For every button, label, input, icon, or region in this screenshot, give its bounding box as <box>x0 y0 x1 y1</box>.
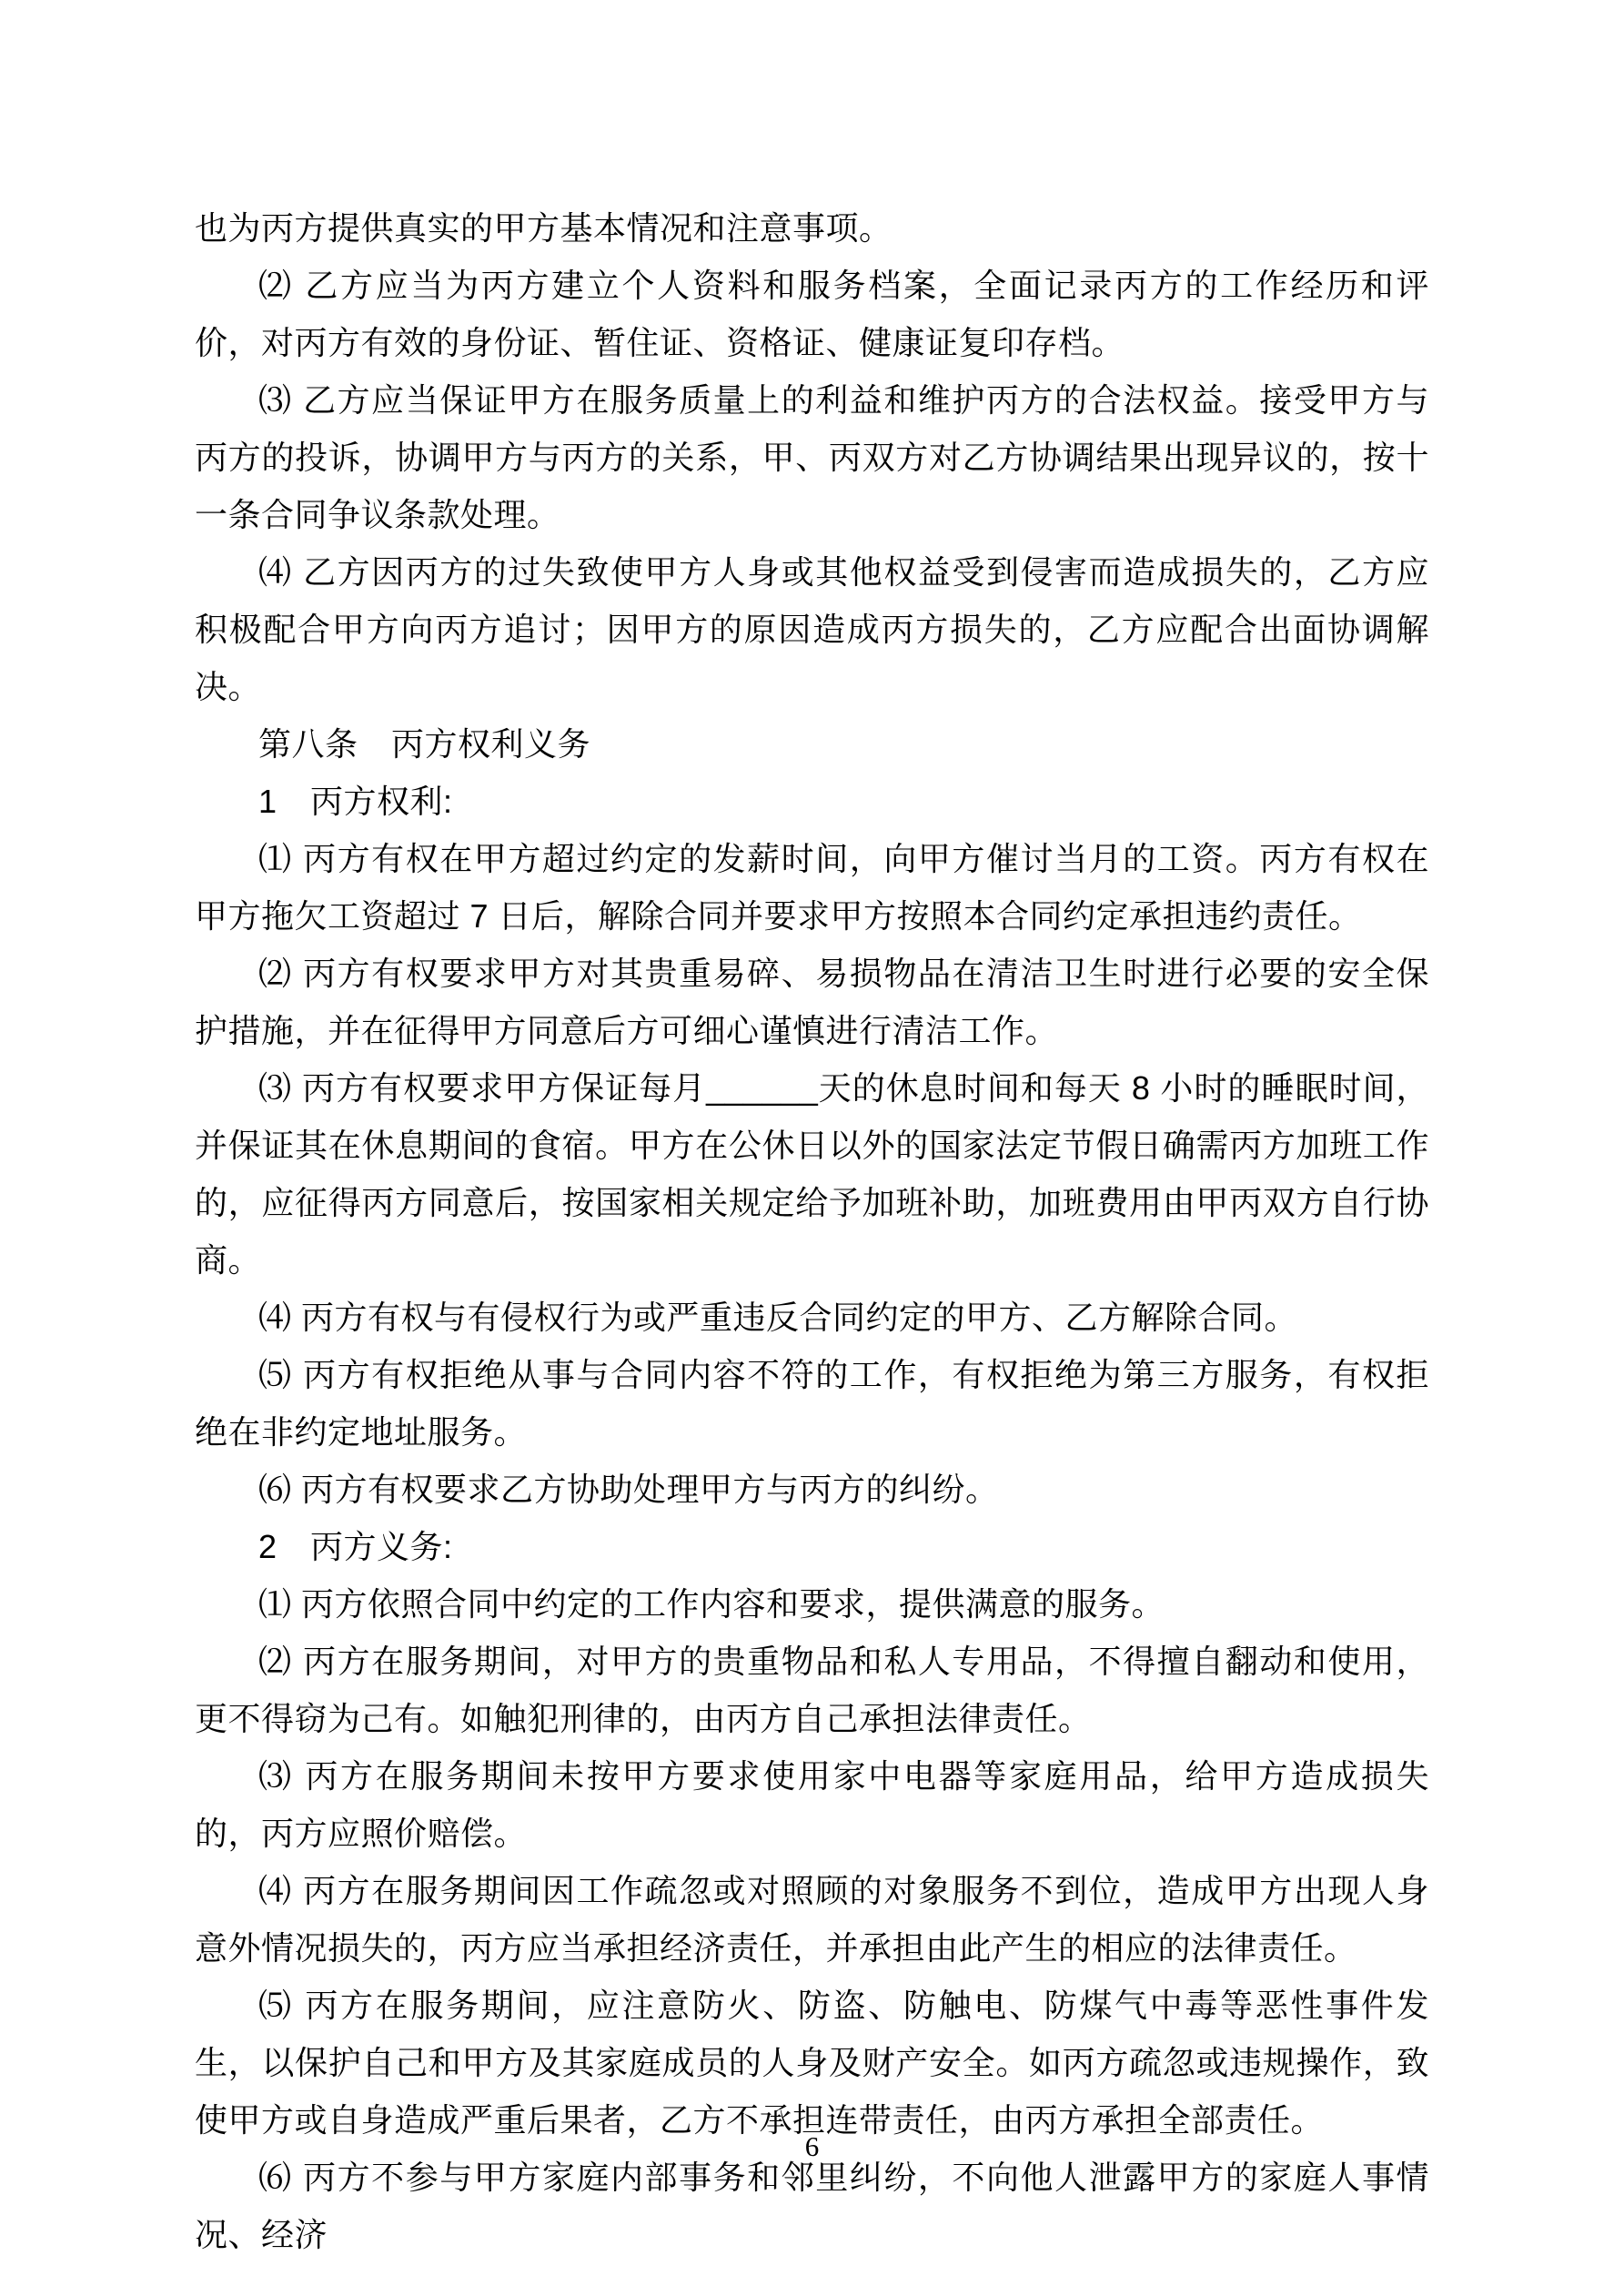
paragraph-17: ⑷ 丙方在服务期间因工作疏忽或对照顾的对象服务不到位，造成甲方出现人身意外情况损… <box>195 1862 1429 1977</box>
page-footer: 6 <box>0 2118 1624 2175</box>
document-page: 也为丙方提供真实的甲方基本情况和注意事项。⑵ 乙方应当为丙方建立个人资料和服务档… <box>0 0 1624 2296</box>
paragraph-5: 第八条 丙方权利义务 <box>195 715 1429 773</box>
paragraph-10: ⑷ 丙方有权与有侵权行为或严重违反合同约定的甲方、乙方解除合同。 <box>195 1289 1429 1346</box>
paragraph-13: 2 丙方义务: <box>195 1518 1429 1575</box>
paragraph-11: ⑸ 丙方有权拒绝从事与合同内容不符的工作，有权拒绝为第三方服务，有权拒绝在非约定… <box>195 1346 1429 1461</box>
paragraph-15: ⑵ 丙方在服务期间，对甲方的贵重物品和私人专用品，不得擅自翻动和使用，更不得窃为… <box>195 1633 1429 1747</box>
paragraph-14: ⑴ 丙方依照合同中约定的工作内容和要求，提供满意的服务。 <box>195 1575 1429 1633</box>
paragraph-3: ⑶ 乙方应当保证甲方在服务质量上的利益和维护丙方的合法权益。接受甲方与丙方的投诉… <box>195 371 1429 543</box>
paragraph-8: ⑵ 丙方有权要求甲方对其贵重易碎、易损物品在清洁卫生时进行必要的安全保护措施，并… <box>195 945 1429 1059</box>
contract-body: 也为丙方提供真实的甲方基本情况和注意事项。⑵ 乙方应当为丙方建立个人资料和服务档… <box>195 199 1429 2263</box>
paragraph-4: ⑷ 乙方因丙方的过失致使甲方人身或其他权益受到侵害而造成损失的，乙方应积极配合甲… <box>195 543 1429 715</box>
paragraph-1: 也为丙方提供真实的甲方基本情况和注意事项。 <box>195 199 1429 257</box>
paragraph-9: ⑶ 丙方有权要求甲方保证每月______天的休息时间和每天 8 小时的睡眠时间，… <box>195 1059 1429 1289</box>
page-number: 6 <box>805 2130 820 2162</box>
paragraph-6: 1 丙方权利: <box>195 773 1429 830</box>
paragraph-2: ⑵ 乙方应当为丙方建立个人资料和服务档案，全面记录丙方的工作经历和评价，对丙方有… <box>195 257 1429 371</box>
paragraph-7: ⑴ 丙方有权在甲方超过约定的发薪时间，向甲方催讨当月的工资。丙方有权在甲方拖欠工… <box>195 830 1429 945</box>
paragraph-12: ⑹ 丙方有权要求乙方协助处理甲方与丙方的纠纷。 <box>195 1461 1429 1518</box>
paragraph-16: ⑶ 丙方在服务期间未按甲方要求使用家中电器等家庭用品，给甲方造成损失的，丙方应照… <box>195 1747 1429 1862</box>
